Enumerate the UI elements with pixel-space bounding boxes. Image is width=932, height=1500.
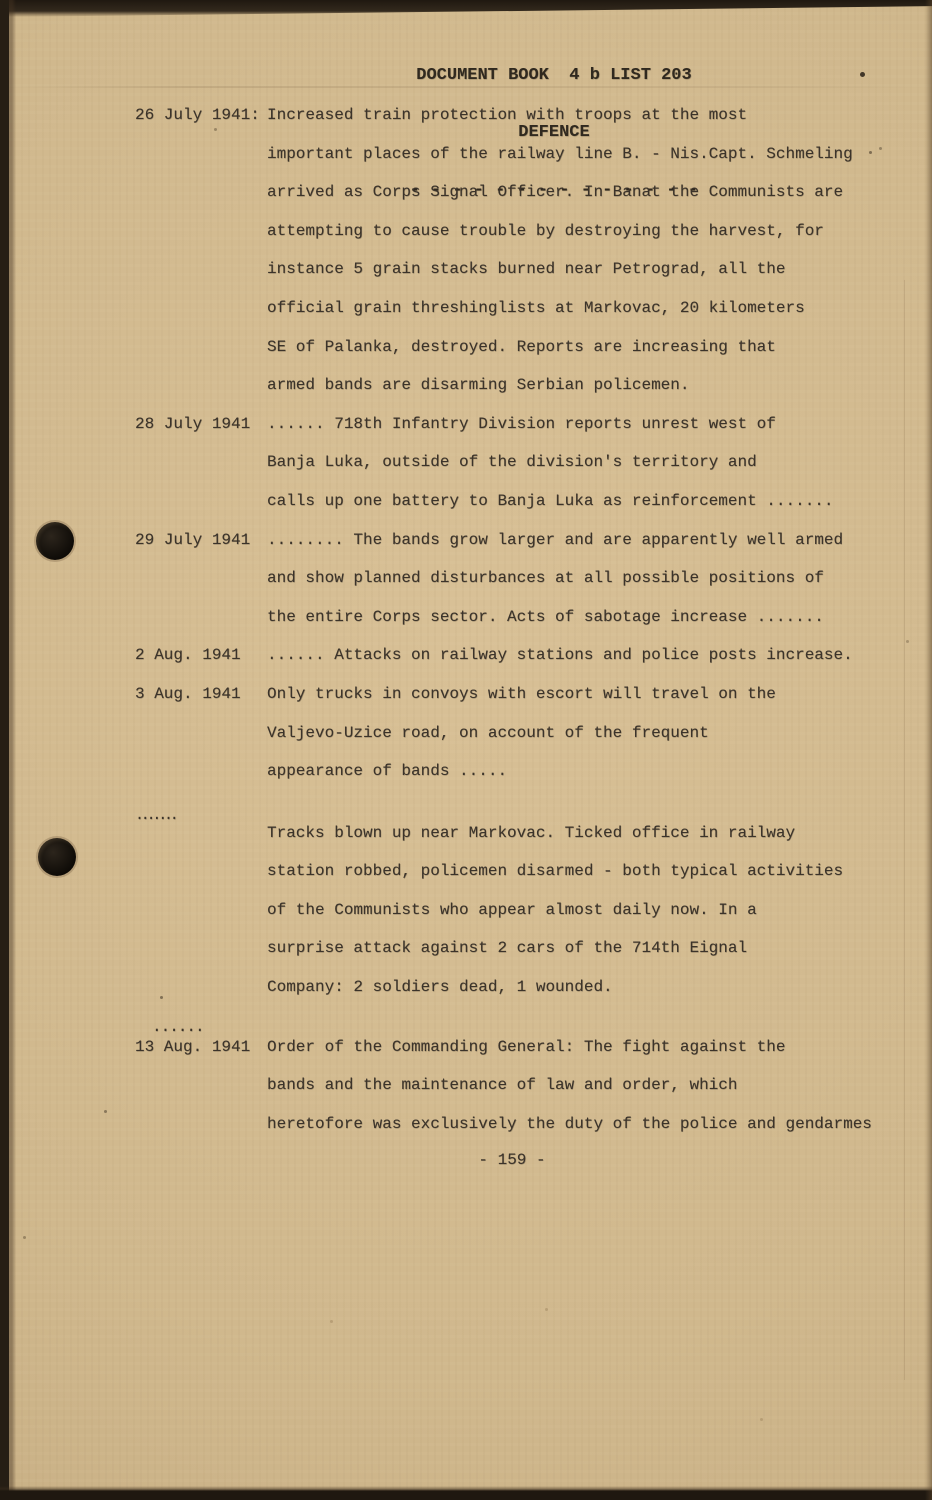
entry-line: official grain threshinglists at Markova… bbox=[267, 289, 910, 328]
hole-punch bbox=[38, 838, 76, 876]
entry-date: ....... bbox=[135, 814, 267, 1007]
entry-line: SE of Palanka, destroyed. Reports are in… bbox=[267, 328, 910, 367]
entry-body: Order of the Commanding General: The fig… bbox=[267, 1028, 910, 1144]
entry-line: surprise attack against 2 cars of the 71… bbox=[267, 929, 910, 968]
entry-line: Only trucks in convoys with escort will … bbox=[267, 675, 910, 714]
entry-date: ......13 Aug. 1941 bbox=[135, 1028, 267, 1144]
entry-line: attempting to cause trouble by destroyin… bbox=[267, 212, 910, 251]
entry-date: 26 July 1941: bbox=[135, 96, 267, 405]
entry-line: Order of the Commanding General: The fig… bbox=[267, 1028, 910, 1067]
entry-body: ........ The bands grow larger and are a… bbox=[267, 521, 910, 637]
page-edge-top bbox=[0, 0, 932, 17]
page-number: - 159 - bbox=[92, 1146, 932, 1174]
page-edge-bottom bbox=[0, 1486, 932, 1500]
entry-line: appearance of bands ..... bbox=[267, 752, 910, 791]
entry-body: ...... 718th Infantry Division reports u… bbox=[267, 405, 910, 521]
hole-punch bbox=[36, 522, 74, 560]
entry-body: Tracks blown up near Markovac. Ticked of… bbox=[267, 814, 910, 1007]
dots-marker: ...... bbox=[152, 1020, 204, 1034]
entry-line: heretofore was exclusively the duty of t… bbox=[267, 1105, 910, 1144]
header-title: DOCUMENT BOOK 4 b LIST 203 bbox=[174, 66, 932, 85]
entry-line: Banja Luka, outside of the division's te… bbox=[267, 443, 910, 482]
page-edge-left bbox=[0, 0, 16, 1500]
entry-line: station robbed, policemen disarmed - bot… bbox=[267, 852, 910, 891]
entry-line: Tracks blown up near Markovac. Ticked of… bbox=[267, 814, 910, 853]
entry: 26 July 1941:Increased train protection … bbox=[135, 96, 910, 405]
entry: .......Tracks blown up near Markovac. Ti… bbox=[135, 814, 910, 1007]
entry-line: Company: 2 soldiers dead, 1 wounded. bbox=[267, 968, 910, 1007]
entry-line: ........ The bands grow larger and are a… bbox=[267, 521, 910, 560]
entries: 26 July 1941:Increased train protection … bbox=[135, 96, 910, 1143]
entry-line: the entire Corps sector. Acts of sabotag… bbox=[267, 598, 910, 637]
entry-line: and show planned disturbances at all pos… bbox=[267, 559, 910, 598]
entry-date: 29 July 1941 bbox=[135, 521, 267, 637]
entry-body: Increased train protection with troops a… bbox=[267, 96, 910, 405]
entry: 3 Aug. 1941Only trucks in convoys with e… bbox=[135, 675, 910, 791]
entry-line: of the Communists who appear almost dail… bbox=[267, 891, 910, 930]
entry-line: calls up one battery to Banja Luka as re… bbox=[267, 482, 910, 521]
entry: ......13 Aug. 1941Order of the Commandin… bbox=[135, 1028, 910, 1144]
entry-line: Increased train protection with troops a… bbox=[267, 96, 910, 135]
entry-line: Valjevo-Uzice road, on account of the fr… bbox=[267, 714, 910, 753]
paper-speckles bbox=[0, 0, 3, 3]
entry-body: ...... Attacks on railway stations and p… bbox=[267, 636, 910, 675]
entry-line: important places of the railway line B. … bbox=[267, 135, 910, 174]
entry-body: Only trucks in convoys with escort will … bbox=[267, 675, 910, 791]
entry-date: 3 Aug. 1941 bbox=[135, 675, 267, 791]
dots-marker: ....... bbox=[135, 797, 176, 836]
entry-date: 2 Aug. 1941 bbox=[135, 636, 267, 675]
entry-line: instance 5 grain stacks burned near Petr… bbox=[267, 250, 910, 289]
scanned-page: DOCUMENT BOOK 4 b LIST 203 DEFENCE - - -… bbox=[0, 0, 932, 1500]
entry-date: 28 July 1941 bbox=[135, 405, 267, 521]
entry-line: ...... 718th Infantry Division reports u… bbox=[267, 405, 910, 444]
entry: 28 July 1941...... 718th Infantry Divisi… bbox=[135, 405, 910, 521]
entry-line: arrived as Corps Signal Officer. In Bana… bbox=[267, 173, 910, 212]
entry: 2 Aug. 1941...... Attacks on railway sta… bbox=[135, 636, 910, 675]
entry-line: armed bands are disarming Serbian police… bbox=[267, 366, 910, 405]
entry-line: bands and the maintenance of law and ord… bbox=[267, 1066, 910, 1105]
entry: 29 July 1941........ The bands grow larg… bbox=[135, 521, 910, 637]
entry-line: ...... Attacks on railway stations and p… bbox=[267, 636, 910, 675]
